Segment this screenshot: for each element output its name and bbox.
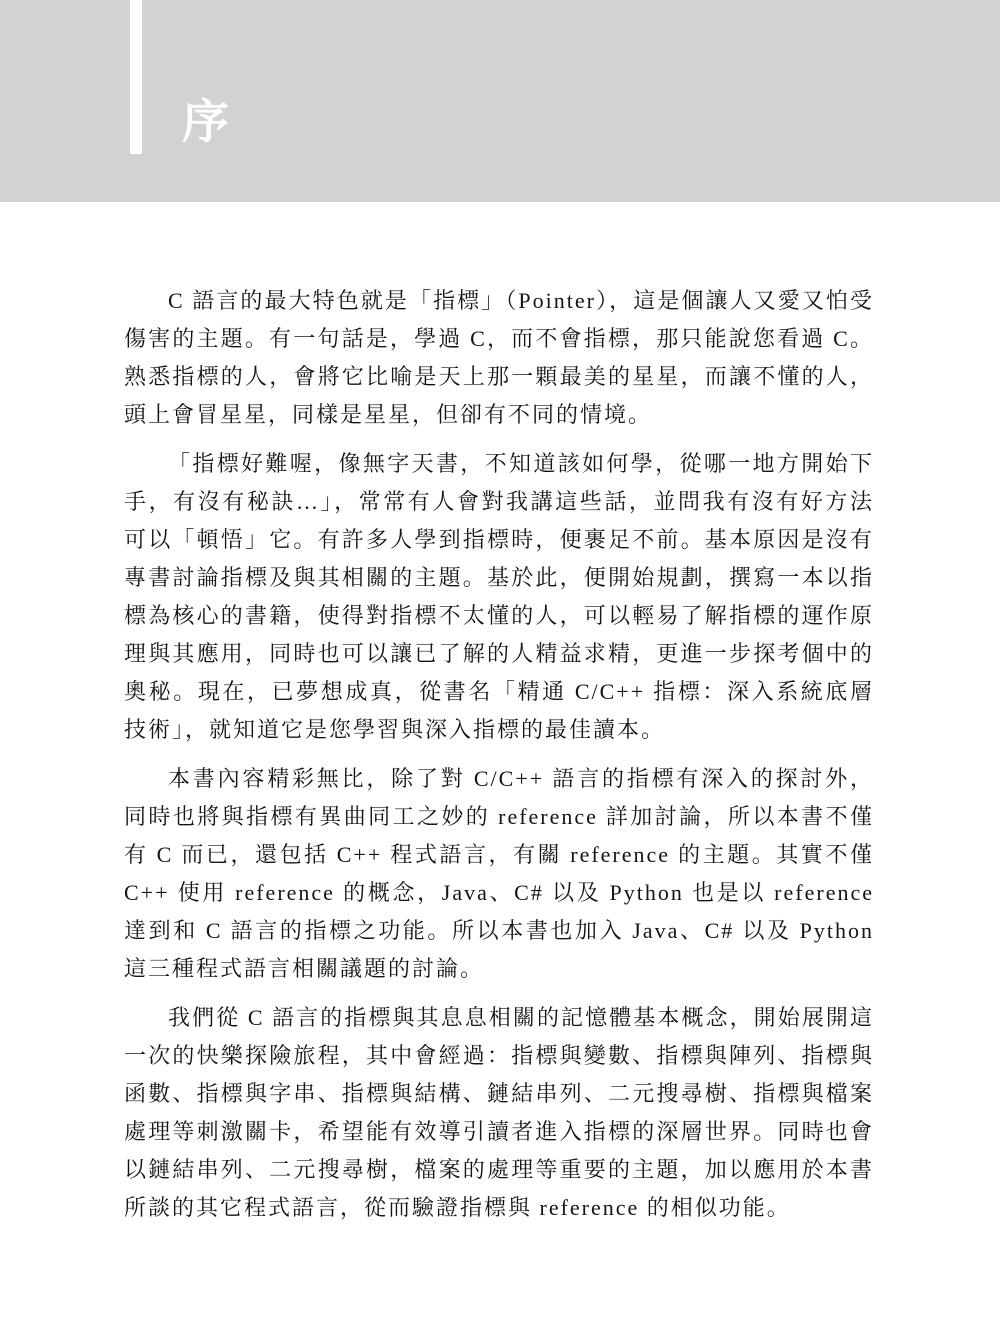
preface-paragraph: 我們從 C 語言的指標與其息息相關的記憶體基本概念，開始展開這一次的快樂探險旅程… [124, 999, 874, 1227]
preface-paragraph: C 語言的最大特色就是「指標」（Pointer），這是個讓人又愛又怕受傷害的主題… [124, 282, 874, 434]
book-page: 序 C 語言的最大特色就是「指標」（Pointer），這是個讓人又愛又怕受傷害的… [0, 0, 1000, 1341]
preface-paragraph: 本書內容精彩無比，除了對 C/C++ 語言的指標有深入的探討外，同時也將與指標有… [124, 760, 874, 988]
header-band: 序 [0, 0, 1000, 202]
preface-content: C 語言的最大特色就是「指標」（Pointer），這是個讓人又愛又怕受傷害的主題… [124, 282, 874, 1238]
accent-bar [130, 0, 142, 154]
page-title: 序 [182, 98, 229, 145]
preface-paragraph: 「指標好難喔，像無字天書，不知道該如何學，從哪一地方開始下手，有沒有秘訣…」，常… [124, 445, 874, 749]
